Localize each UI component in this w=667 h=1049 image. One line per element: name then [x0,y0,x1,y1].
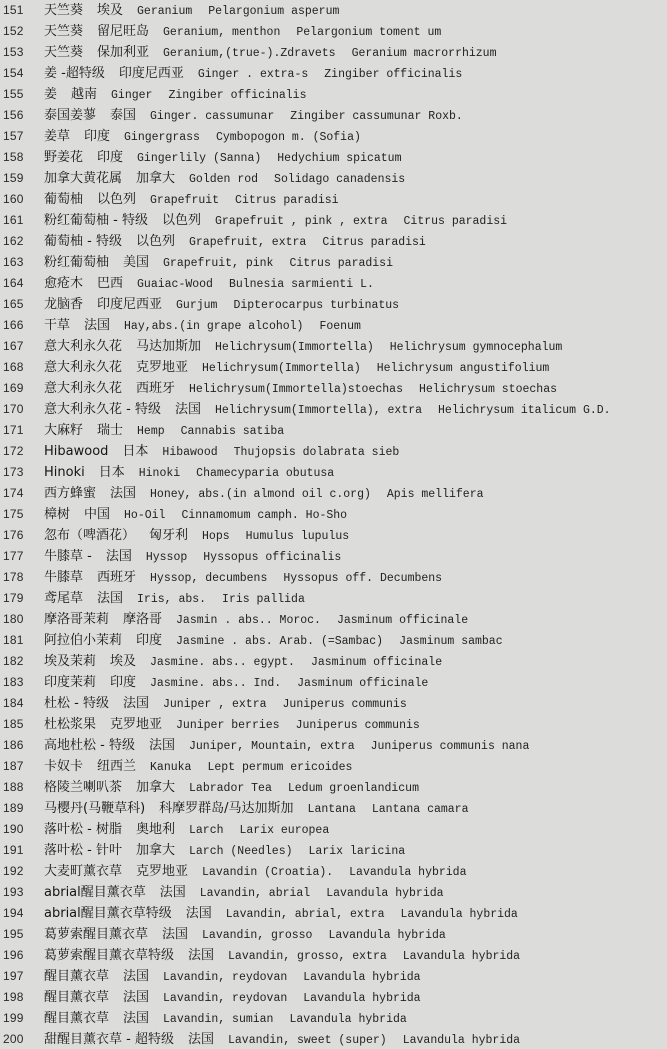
item-number: 165 [3,294,24,315]
english-name: Grapefruit , pink , extra [215,211,388,232]
item-number: 187 [3,756,24,777]
origin-country: 日本 [99,462,125,483]
latin-name: Citrus paradisi [235,190,339,211]
list-item: 193 abrial醒目薰衣草 法国 Lavandin, abrial Lava… [0,882,667,903]
item-content: 落叶松 - 针叶 加拿大 Larch (Needles) Larix laric… [44,840,405,862]
item-content: 葡萄柚 - 特级 以色列 Grapefruit, extra Citrus pa… [44,231,426,253]
chinese-name: 大麻籽 [44,420,83,441]
latin-name: Lavandula hybrida [289,1009,406,1030]
item-number: 170 [3,399,24,420]
origin-country: 法国 [84,315,110,336]
english-name: Juniper berries [176,715,280,736]
latin-name: Cannabis satiba [181,421,285,442]
item-content: 高地杜松 - 特级 法国 Juniper, Mountain, extra Ju… [44,735,529,757]
origin-country: 越南 [71,84,97,105]
item-number: 168 [3,357,24,378]
list-item: 192 大麦町薰衣草 克罗地亚 Lavandin (Croatia). Lava… [0,861,667,882]
chinese-name: 姜草 [44,126,70,147]
list-item: 153 天竺葵 保加利亚 Geranium,(true-).Zdravets G… [0,42,667,63]
list-item: 199 醒目薰衣草 法国 Lavandin, sumian Lavandula … [0,1008,667,1029]
item-number: 192 [3,861,24,882]
item-content: 樟树 中国 Ho-Oil Cinnamomum camph. Ho-Sho [44,504,347,526]
chinese-name: 姜 -超特级 [44,63,105,84]
origin-country: 克罗地亚 [136,357,188,378]
english-name: Juniper , extra [163,694,267,715]
list-item: 190 落叶松 - 树脂 奥地利 Larch Larix europea [0,819,667,840]
chinese-name: abrial醒目薰衣草 [44,882,146,903]
latin-name: Lavandula hybrida [349,862,466,883]
item-content: 粉红葡萄柚 美国 Grapefruit, pink Citrus paradis… [44,252,393,274]
item-number: 193 [3,882,24,903]
english-name: Jasmine . abs. Arab. (=Sambac) [176,631,383,652]
item-number: 160 [3,189,24,210]
english-name: Lavandin, grosso [202,925,312,946]
latin-name: Hyssopus off. Decumbens [283,568,442,589]
origin-country: 印度 [136,630,162,651]
chinese-name: 卡奴卡 [44,756,83,777]
english-name: Lavandin, grosso, extra [228,946,387,967]
latin-name: Lavandula hybrida [403,1030,520,1049]
list-item: 176 忽布（啤酒花） 匈牙利 Hops Humulus lupulus [0,525,667,546]
chinese-name: 马樱丹(马鞭草科) [44,798,145,819]
latin-name: Jasminum officinale [297,673,428,694]
item-number: 161 [3,210,24,231]
origin-country: 法国 [188,1029,214,1049]
list-item: 184 杜松 - 特级 法国 Juniper , extra Juniperus… [0,693,667,714]
item-number: 197 [3,966,24,987]
chinese-name: 杜松 - 特级 [44,693,109,714]
english-name: Helichrysum(Immortella) [215,337,374,358]
chinese-name: 杜松浆果 [44,714,96,735]
list-item: 162 葡萄柚 - 特级 以色列 Grapefruit, extra Citru… [0,231,667,252]
latin-name: Juniperus communis [296,715,420,736]
english-name: Lavandin, reydovan [163,988,287,1009]
chinese-name: abrial醒目薰衣草特级 [44,903,172,924]
english-name: Grapefruit [150,190,219,211]
origin-country: 瑞士 [97,420,123,441]
chinese-name: 姜 [44,84,57,105]
origin-country: 泰国 [110,105,136,126]
origin-country: 埃及 [110,651,136,672]
origin-country: 法国 [106,546,132,567]
english-name: Guaiac-Wood [137,274,213,295]
latin-name: Zingiber officinalis [168,85,306,106]
origin-country: 摩洛哥 [123,609,162,630]
origin-country: 马达加斯加 [136,336,201,357]
english-name: Hibawood [162,442,217,463]
origin-country: 法国 [123,1008,149,1029]
english-name: Hyssop [146,547,187,568]
latin-name: Solidago canadensis [274,169,405,190]
latin-name: Bulnesia sarmienti L. [229,274,374,295]
latin-name: Pelargonium asperum [208,1,339,22]
item-content: abrial醒目薰衣草 法国 Lavandin, abrial Lavandul… [44,882,444,904]
origin-country: 法国 [97,588,123,609]
item-content: 天竺葵 埃及 Geranium Pelargonium asperum [44,0,339,22]
english-name: Geranium [137,1,192,22]
item-content: 龙脑香 印度尼西亚 Gurjum Dipterocarpus turbinatu… [44,294,399,316]
origin-country: 科摩罗群岛/马达加斯加 [159,798,293,819]
english-name: Jasmin . abs.. Moroc. [176,610,321,631]
chinese-name: 天竺葵 [44,21,83,42]
item-content: 印度茉莉 印度 Jasmine. abs.. Ind. Jasminum off… [44,672,428,694]
list-item: 194 abrial醒目薰衣草特级 法国 Lavandin, abrial, e… [0,903,667,924]
origin-country: 印度 [110,672,136,693]
list-item: 152 天竺葵 留尼旺岛 Geranium, menthon Pelargoni… [0,21,667,42]
list-item: 180 摩洛哥茉莉 摩洛哥 Jasmin . abs.. Moroc. Jasm… [0,609,667,630]
chinese-name: 意大利永久花 - 特级 [44,399,161,420]
list-item: 167 意大利永久花 马达加斯加 Helichrysum(Immortella)… [0,336,667,357]
item-content: 卡奴卡 纽西兰 Kanuka Lept permum ericoides [44,756,352,778]
item-content: 粉红葡萄柚 - 特级 以色列 Grapefruit , pink , extra… [44,210,507,232]
item-content: 干草 法国 Hay,abs.(in grape alcohol) Foenum [44,315,361,337]
latin-name: Lavandula hybrida [401,904,518,925]
item-content: 牛膝草 - 法国 Hyssop Hyssopus officinalis [44,546,341,568]
item-content: 鸢尾草 法国 Iris, abs. Iris pallida [44,588,305,610]
item-content: 天竺葵 留尼旺岛 Geranium, menthon Pelargonium t… [44,21,441,43]
item-content: 姜草 印度 Gingergrass Cymbopogon m. (Sofia) [44,126,361,148]
item-number: 190 [3,819,24,840]
origin-country: 美国 [123,252,149,273]
list-item: 151 天竺葵 埃及 Geranium Pelargonium asperum [0,0,667,21]
chinese-name: 鸢尾草 [44,588,83,609]
latin-name: Dipterocarpus turbinatus [233,295,399,316]
item-content: 姜 -超特级 印度尼西亚 Ginger . extra-s Zingiber o… [44,63,462,85]
chinese-name: 高地杜松 - 特级 [44,735,135,756]
origin-country: 克罗地亚 [136,861,188,882]
item-number: 182 [3,651,24,672]
origin-country: 西班牙 [97,567,136,588]
chinese-name: 意大利永久花 [44,336,122,357]
origin-country: 以色列 [162,210,201,231]
latin-name: Jasminum officinale [311,652,442,673]
latin-name: Lavandula hybrida [326,883,443,904]
item-content: 意大利永久花 西班牙 Helichrysum(Immortella)stoech… [44,378,557,400]
latin-name: Cymbopogon m. (Sofia) [216,127,361,148]
item-content: 醒目薰衣草 法国 Lavandin, reydovan Lavandula hy… [44,966,421,988]
item-number: 199 [3,1008,24,1029]
latin-name: Helichrysum stoechas [419,379,557,400]
latin-name: Geranium macrorrhizum [352,43,497,64]
english-name: Juniper, Mountain, extra [189,736,355,757]
chinese-name: 忽布（啤酒花） [44,525,135,546]
origin-country: 以色列 [97,189,136,210]
item-number: 162 [3,231,24,252]
list-item: 169 意大利永久花 西班牙 Helichrysum(Immortella)st… [0,378,667,399]
chinese-name: 加拿大黄花属 [44,168,122,189]
list-item: 197 醒目薰衣草 法国 Lavandin, reydovan Lavandul… [0,966,667,987]
item-number: 166 [3,315,24,336]
origin-country: 法国 [175,399,201,420]
list-item: 159 加拿大黄花属 加拿大 Golden rod Solidago canad… [0,168,667,189]
list-item: 187 卡奴卡 纽西兰 Kanuka Lept permum ericoides [0,756,667,777]
item-number: 163 [3,252,24,273]
chinese-name: 葡萄柚 - 特级 [44,231,122,252]
item-number: 153 [3,42,24,63]
item-number: 186 [3,735,24,756]
item-content: Hinoki 日本 Hinoki Chamecyparia obutusa [44,462,334,484]
item-content: Hibawood 日本 Hibawood Thujopsis dolabrata… [44,441,399,463]
item-number: 151 [3,0,24,21]
chinese-name: 意大利永久花 [44,378,122,399]
item-number: 180 [3,609,24,630]
item-content: 醒目薰衣草 法国 Lavandin, sumian Lavandula hybr… [44,1008,407,1030]
origin-country: 匈牙利 [149,525,188,546]
item-content: 杜松浆果 克罗地亚 Juniper berries Juniperus comm… [44,714,420,736]
item-number: 171 [3,420,24,441]
chinese-name: Hinoki [44,462,85,483]
origin-country: 法国 [123,966,149,987]
item-content: 西方蜂蜜 法国 Honey, abs.(in almond oil c.org)… [44,483,484,505]
latin-name: Foenum [319,316,360,337]
chinese-name: 牛膝草 [44,567,83,588]
chinese-name: 意大利永久花 [44,357,122,378]
list-item: 186 高地杜松 - 特级 法国 Juniper, Mountain, extr… [0,735,667,756]
english-name: Lavandin, reydovan [163,967,287,988]
list-item: 158 野姜花 印度 Gingerlily (Sanna) Hedychium … [0,147,667,168]
english-name: Kanuka [150,757,191,778]
english-name: Iris, abs. [137,589,206,610]
latin-name: Jasminum sambac [399,631,503,652]
origin-country: 印度尼西亚 [97,294,162,315]
item-number: 164 [3,273,24,294]
essential-oil-list: 151 天竺葵 埃及 Geranium Pelargonium asperum … [0,0,667,1049]
latin-name: Lantana camara [372,799,469,820]
english-name: Lantana [308,799,356,820]
list-item: 173 Hinoki 日本 Hinoki Chamecyparia obutus… [0,462,667,483]
latin-name: Juniperus communis [283,694,407,715]
list-item: 166 干草 法国 Hay,abs.(in grape alcohol) Foe… [0,315,667,336]
item-number: 177 [3,546,24,567]
english-name: Hay,abs.(in grape alcohol) [124,316,303,337]
item-content: 愈疮木 巴西 Guaiac-Wood Bulnesia sarmienti L. [44,273,374,295]
list-item: 191 落叶松 - 针叶 加拿大 Larch (Needles) Larix l… [0,840,667,861]
item-content: 意大利永久花 克罗地亚 Helichrysum(Immortella) Heli… [44,357,549,379]
item-number: 169 [3,378,24,399]
origin-country: 加拿大 [136,168,175,189]
origin-country: 法国 [110,483,136,504]
english-name: Lavandin, sumian [163,1009,273,1030]
item-number: 173 [3,462,24,483]
english-name: Helichrysum(Immortella), extra [215,400,422,421]
origin-country: 西班牙 [136,378,175,399]
item-number: 167 [3,336,24,357]
item-number: 181 [3,630,24,651]
list-item: 188 格陵兰喇叭茶 加拿大 Labrador Tea Ledum groenl… [0,777,667,798]
origin-country: 保加利亚 [97,42,149,63]
item-number: 200 [3,1029,24,1049]
item-content: 意大利永久花 - 特级 法国 Helichrysum(Immortella), … [44,399,611,421]
item-number: 178 [3,567,24,588]
item-content: 阿拉伯小茉莉 印度 Jasmine . abs. Arab. (=Sambac)… [44,630,503,652]
latin-name: Citrus paradisi [322,232,426,253]
chinese-name: 西方蜂蜜 [44,483,96,504]
chinese-name: 醒目薰衣草 [44,966,109,987]
english-name: Hinoki [139,463,180,484]
item-content: abrial醒目薰衣草特级 法国 Lavandin, abrial, extra… [44,903,518,925]
english-name: Larch (Needles) [189,841,293,862]
chinese-name: 野姜花 [44,147,83,168]
chinese-name: 醒目薰衣草 [44,1008,109,1029]
item-content: 泰国姜蓼 泰国 Ginger. cassumunar Zingiber cass… [44,105,463,127]
list-item: 181 阿拉伯小茉莉 印度 Jasmine . abs. Arab. (=Sam… [0,630,667,651]
list-item: 168 意大利永久花 克罗地亚 Helichrysum(Immortella) … [0,357,667,378]
item-number: 155 [3,84,24,105]
english-name: Lavandin, abrial [200,883,310,904]
origin-country: 留尼旺岛 [97,21,149,42]
list-item: 175 樟树 中国 Ho-Oil Cinnamomum camph. Ho-Sh… [0,504,667,525]
chinese-name: 埃及茉莉 [44,651,96,672]
latin-name: Hyssopus officinalis [203,547,341,568]
chinese-name: 阿拉伯小茉莉 [44,630,122,651]
list-item: 161 粉红葡萄柚 - 特级 以色列 Grapefruit , pink , e… [0,210,667,231]
latin-name: Apis mellifera [387,484,484,505]
latin-name: Iris pallida [222,589,305,610]
latin-name: Lavandula hybrida [328,925,445,946]
latin-name: Cinnamomum camph. Ho-Sho [181,505,347,526]
english-name: Lavandin, sweet (super) [228,1030,387,1049]
list-item: 156 泰国姜蓼 泰国 Ginger. cassumunar Zingiber … [0,105,667,126]
list-item: 154 姜 -超特级 印度尼西亚 Ginger . extra-s Zingib… [0,63,667,84]
list-item: 182 埃及茉莉 埃及 Jasmine. abs.. egypt. Jasmin… [0,651,667,672]
item-content: 姜 越南 Ginger Zingiber officinalis [44,84,306,106]
item-number: 158 [3,147,24,168]
english-name: Gingerlily (Sanna) [137,148,261,169]
chinese-name: 樟树 [44,504,70,525]
english-name: Ginger . extra-s [198,64,308,85]
chinese-name: 粉红葡萄柚 [44,252,109,273]
list-item: 183 印度茉莉 印度 Jasmine. abs.. Ind. Jasminum… [0,672,667,693]
english-name: Geranium,(true-).Zdravets [163,43,336,64]
item-number: 195 [3,924,24,945]
list-item: 157 姜草 印度 Gingergrass Cymbopogon m. (Sof… [0,126,667,147]
origin-country: 加拿大 [136,840,175,861]
origin-country: 中国 [84,504,110,525]
chinese-name: 印度茉莉 [44,672,96,693]
latin-name: Chamecyparia obutusa [196,463,334,484]
list-item: 179 鸢尾草 法国 Iris, abs. Iris pallida [0,588,667,609]
list-item: 177 牛膝草 - 法国 Hyssop Hyssopus officinalis [0,546,667,567]
item-number: 185 [3,714,24,735]
latin-name: Helichrysum gymnocephalum [390,337,563,358]
list-item: 195 葛萝索醒目薰衣草 法国 Lavandin, grosso Lavandu… [0,924,667,945]
origin-country: 印度 [97,147,123,168]
origin-country: 法国 [123,693,149,714]
list-item: 164 愈疮木 巴西 Guaiac-Wood Bulnesia sarmient… [0,273,667,294]
item-number: 183 [3,672,24,693]
latin-name: Humulus lupulus [246,526,350,547]
english-name: Helichrysum(Immortella)stoechas [189,379,403,400]
english-name: Gurjum [176,295,217,316]
chinese-name: 葡萄柚 [44,189,83,210]
english-name: Grapefruit, extra [189,232,306,253]
item-number: 159 [3,168,24,189]
origin-country: 法国 [186,903,212,924]
item-number: 154 [3,63,24,84]
item-number: 196 [3,945,24,966]
item-content: 忽布（啤酒花） 匈牙利 Hops Humulus lupulus [44,525,349,547]
item-content: 葡萄柚 以色列 Grapefruit Citrus paradisi [44,189,339,211]
english-name: Golden rod [189,169,258,190]
english-name: Geranium, menthon [163,22,280,43]
english-name: Grapefruit, pink [163,253,273,274]
item-number: 189 [3,798,24,819]
item-content: 醒目薰衣草 法国 Lavandin, reydovan Lavandula hy… [44,987,421,1009]
list-item: 155 姜 越南 Ginger Zingiber officinalis [0,84,667,105]
english-name: Ginger [111,85,152,106]
origin-country: 法国 [188,945,214,966]
item-content: 天竺葵 保加利亚 Geranium,(true-).Zdravets Geran… [44,42,497,64]
latin-name: Jasminum officinale [337,610,468,631]
item-number: 184 [3,693,24,714]
origin-country: 纽西兰 [97,756,136,777]
item-content: 加拿大黄花属 加拿大 Golden rod Solidago canadensi… [44,168,405,190]
english-name: Hops [202,526,230,547]
list-item: 178 牛膝草 西班牙 Hyssop, decumbens Hyssopus o… [0,567,667,588]
item-number: 198 [3,987,24,1008]
item-content: 大麻籽 瑞士 Hemp Cannabis satiba [44,420,284,442]
item-content: 甜醒目薰衣草 - 超特级 法国 Lavandin, sweet (super) … [44,1029,520,1049]
latin-name: Lavandula hybrida [303,988,420,1009]
chinese-name: 落叶松 - 树脂 [44,819,122,840]
item-content: 葛萝索醒目薰衣草特级 法国 Lavandin, grosso, extra La… [44,945,520,967]
chinese-name: 干草 [44,315,70,336]
origin-country: 印度 [84,126,110,147]
latin-name: Lavandula hybrida [403,946,520,967]
english-name: Hyssop, decumbens [150,568,267,589]
item-content: 杜松 - 特级 法国 Juniper , extra Juniperus com… [44,693,407,715]
english-name: Ginger. cassumunar [150,106,274,127]
chinese-name: 格陵兰喇叭茶 [44,777,122,798]
latin-name: Citrus paradisi [404,211,508,232]
item-number: 172 [3,441,24,462]
item-content: 牛膝草 西班牙 Hyssop, decumbens Hyssopus off. … [44,567,442,589]
list-item: 163 粉红葡萄柚 美国 Grapefruit, pink Citrus par… [0,252,667,273]
origin-country: 加拿大 [136,777,175,798]
english-name: Lavandin, abrial, extra [226,904,385,925]
origin-country: 法国 [162,924,188,945]
item-content: 摩洛哥茉莉 摩洛哥 Jasmin . abs.. Moroc. Jasminum… [44,609,468,631]
item-content: 马樱丹(马鞭草科) 科摩罗群岛/马达加斯加 Lantana Lantana ca… [44,798,468,820]
item-content: 格陵兰喇叭茶 加拿大 Labrador Tea Ledum groenlandi… [44,777,419,799]
latin-name: Helichrysum angustifolium [377,358,550,379]
english-name: Gingergrass [124,127,200,148]
chinese-name: 甜醒目薰衣草 - 超特级 [44,1029,174,1049]
list-item: 172 Hibawood 日本 Hibawood Thujopsis dolab… [0,441,667,462]
latin-name: Pelargonium toment um [296,22,441,43]
chinese-name: 天竺葵 [44,42,83,63]
item-number: 157 [3,126,24,147]
list-item: 160 葡萄柚 以色列 Grapefruit Citrus paradisi [0,189,667,210]
item-content: 落叶松 - 树脂 奥地利 Larch Larix europea [44,819,329,841]
chinese-name: 泰国姜蓼 [44,105,96,126]
origin-country: 印度尼西亚 [119,63,184,84]
origin-country: 克罗地亚 [110,714,162,735]
list-item: 171 大麻籽 瑞士 Hemp Cannabis satiba [0,420,667,441]
item-number: 191 [3,840,24,861]
english-name: Lavandin (Croatia). [202,862,333,883]
origin-country: 巴西 [97,273,123,294]
english-name: Honey, abs.(in almond oil c.org) [150,484,371,505]
chinese-name: 大麦町薰衣草 [44,861,122,882]
item-content: 埃及茉莉 埃及 Jasmine. abs.. egypt. Jasminum o… [44,651,442,673]
chinese-name: 落叶松 - 针叶 [44,840,122,861]
item-number: 156 [3,105,24,126]
latin-name: Helichrysum italicum G.D. [438,400,611,421]
list-item: 189 马樱丹(马鞭草科) 科摩罗群岛/马达加斯加 Lantana Lantan… [0,798,667,819]
latin-name: Citrus paradisi [289,253,393,274]
origin-country: 法国 [123,987,149,1008]
